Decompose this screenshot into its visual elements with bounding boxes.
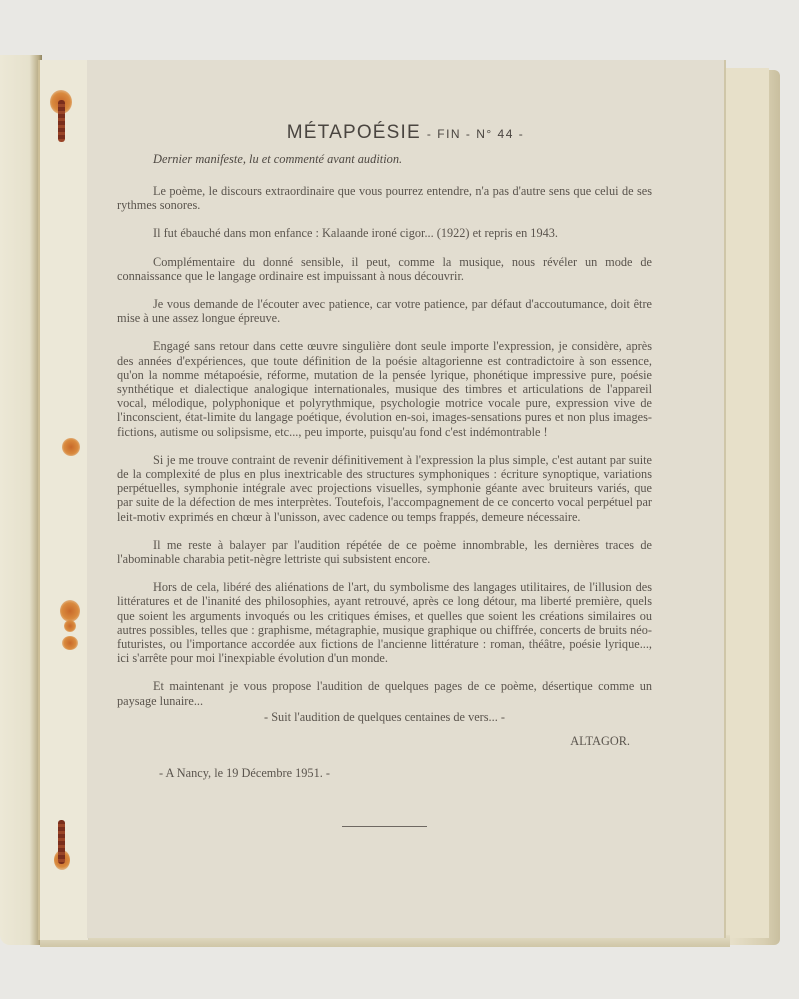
staple-top	[58, 100, 65, 142]
rust-stain	[62, 636, 78, 650]
paragraph: Le poème, le discours extraordinaire que…	[117, 184, 652, 212]
page-stack-right-inner	[720, 68, 769, 938]
paragraph: Et maintenant je vous propose l'audition…	[117, 679, 652, 707]
manifesto-page: MÉTAPOÉSIE- FIN - N° 44 - Dernier manife…	[87, 60, 726, 938]
dateline: - A Nancy, le 19 Décembre 1951. -	[117, 766, 652, 780]
paragraph: Il fut ébauché dans mon enfance : Kalaan…	[117, 226, 652, 240]
paragraph: Engagé sans retour dans cette œuvre sing…	[117, 339, 652, 438]
issue-label: - FIN - N° 44 -	[427, 127, 524, 141]
paragraph: Il me reste à balayer par l'audition rép…	[117, 538, 652, 566]
paragraph: Complémentaire du donné sensible, il peu…	[117, 255, 652, 283]
title-row: MÉTAPOÉSIE- FIN - N° 44 -	[87, 122, 724, 144]
stage-direction: - Suit l'audition de quelques centaines …	[117, 710, 652, 724]
staple-bottom	[58, 820, 65, 864]
binding-strip	[38, 60, 89, 940]
body-text: Le poème, le discours extraordinaire que…	[117, 184, 652, 795]
subtitle: Dernier manifeste, lu et commenté avant …	[153, 152, 402, 167]
paragraph: Si je me trouve contraint de revenir déf…	[117, 453, 652, 524]
paragraph: Je vous demande de l'écouter avec patien…	[117, 297, 652, 325]
rust-stain	[60, 600, 80, 622]
rust-stain	[62, 438, 80, 456]
facing-page-edge	[0, 55, 42, 945]
paragraph: Hors de cela, libéré des aliénations de …	[117, 580, 652, 665]
rust-stain	[64, 620, 76, 632]
closing-rule	[342, 826, 427, 827]
page-title: MÉTAPOÉSIE	[287, 122, 421, 143]
signature: ALTAGOR.	[117, 734, 630, 748]
